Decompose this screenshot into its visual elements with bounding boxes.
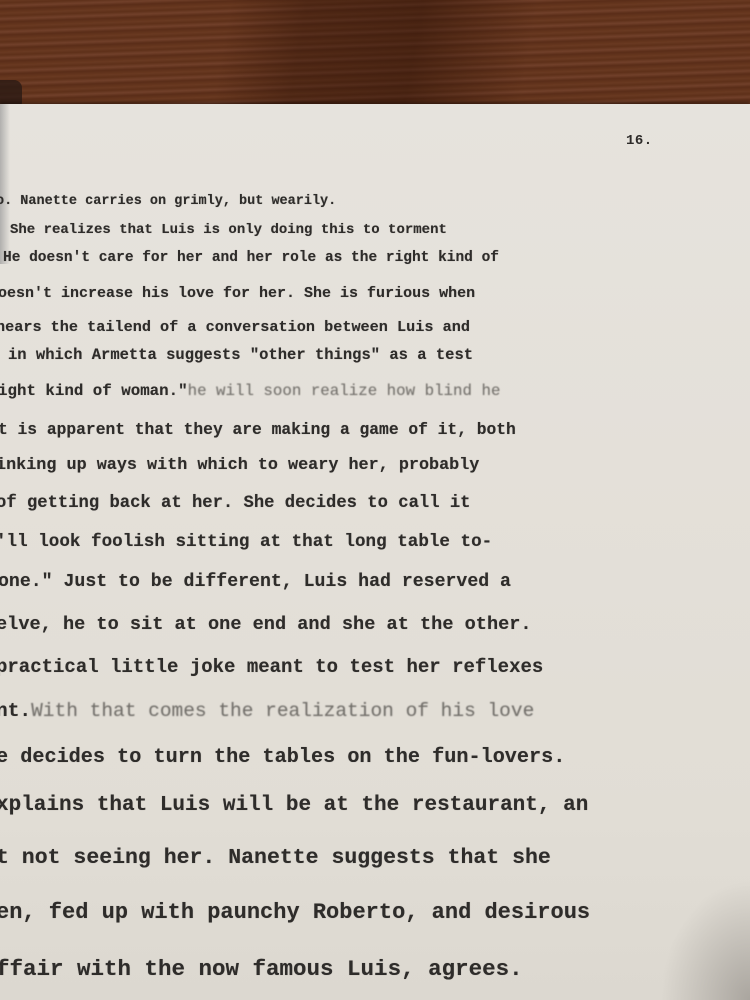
typed-text: oesn't increase his love for her. She is… [0,285,475,302]
text-line: oesn't increase his love for her. She is… [0,285,475,302]
text-line: en, fed up with paunchy Roberto, and des… [0,900,590,925]
typed-text: hears the tailend of a conversation betw… [0,318,470,336]
text-line: of getting back at her. She decides to c… [0,494,470,513]
text-line: ffair with the now famous Luis, agrees. [0,956,523,982]
page-number: 16. [626,133,653,149]
typed-text: elve, he to sit at one end and she at th… [0,614,532,635]
typed-text: one." Just to be different, Luis had res… [0,572,511,592]
typed-text: 'll look foolish sitting at that long ta… [0,532,492,552]
text-line: e decides to turn the tables on the fun-… [0,746,565,769]
page-edge-shadow [0,104,10,264]
text-line: o. Nanette carries on grimly, but wearil… [0,194,336,209]
typed-text: She realizes that Luis is only doing thi… [10,222,447,238]
text-line: t is apparent that they are making a gam… [0,420,516,439]
typed-text: xplains that Luis will be at the restaur… [0,794,588,817]
typed-text: of getting back at her. She decides to c… [0,494,470,513]
typed-text: ffair with the now famous Luis, agrees. [0,956,523,982]
typed-text: nt. [0,700,31,722]
text-line: He doesn't care for her and her role as … [3,250,499,266]
text-line: in which Armetta suggests "other things"… [8,346,473,364]
typed-text: inking up ways with which to weary her, … [0,456,479,475]
text-line: 'll look foolish sitting at that long ta… [0,532,492,552]
text-line: xplains that Luis will be at the restaur… [0,794,588,817]
typed-text: practical little joke meant to test her … [0,656,543,678]
typed-text: o. Nanette carries on grimly, but wearil… [0,194,336,209]
typed-text: t not seeing her. Nanette suggests that … [0,846,551,870]
text-line: nt.With that comes the realization of hi… [0,700,534,722]
text-line: one." Just to be different, Luis had res… [0,572,511,592]
typed-text: e decides to turn the tables on the fun-… [0,746,565,769]
page-corner-shadow [660,880,750,1000]
text-line: She realizes that Luis is only doing thi… [10,222,447,238]
text-line: ight kind of woman."he will soon realize… [0,382,500,400]
text-line: practical little joke meant to test her … [0,656,543,678]
typed-text: t is apparent that they are making a gam… [0,420,516,439]
text-line: inking up ways with which to weary her, … [0,456,479,475]
faint-overstruck-text: he will soon realize how blind he [188,382,501,400]
text-line: elve, he to sit at one end and she at th… [0,614,532,635]
wooden-table-background [0,0,750,110]
typed-text: in which Armetta suggests "other things"… [8,346,473,364]
text-line: t not seeing her. Nanette suggests that … [0,846,551,870]
typed-text: ight kind of woman." [0,382,188,400]
typed-text: en, fed up with paunchy Roberto, and des… [0,900,590,925]
typed-text: He doesn't care for her and her role as … [3,250,499,266]
text-line: hears the tailend of a conversation betw… [0,318,470,336]
faint-overstruck-text: With that comes the realization of his l… [31,700,534,722]
